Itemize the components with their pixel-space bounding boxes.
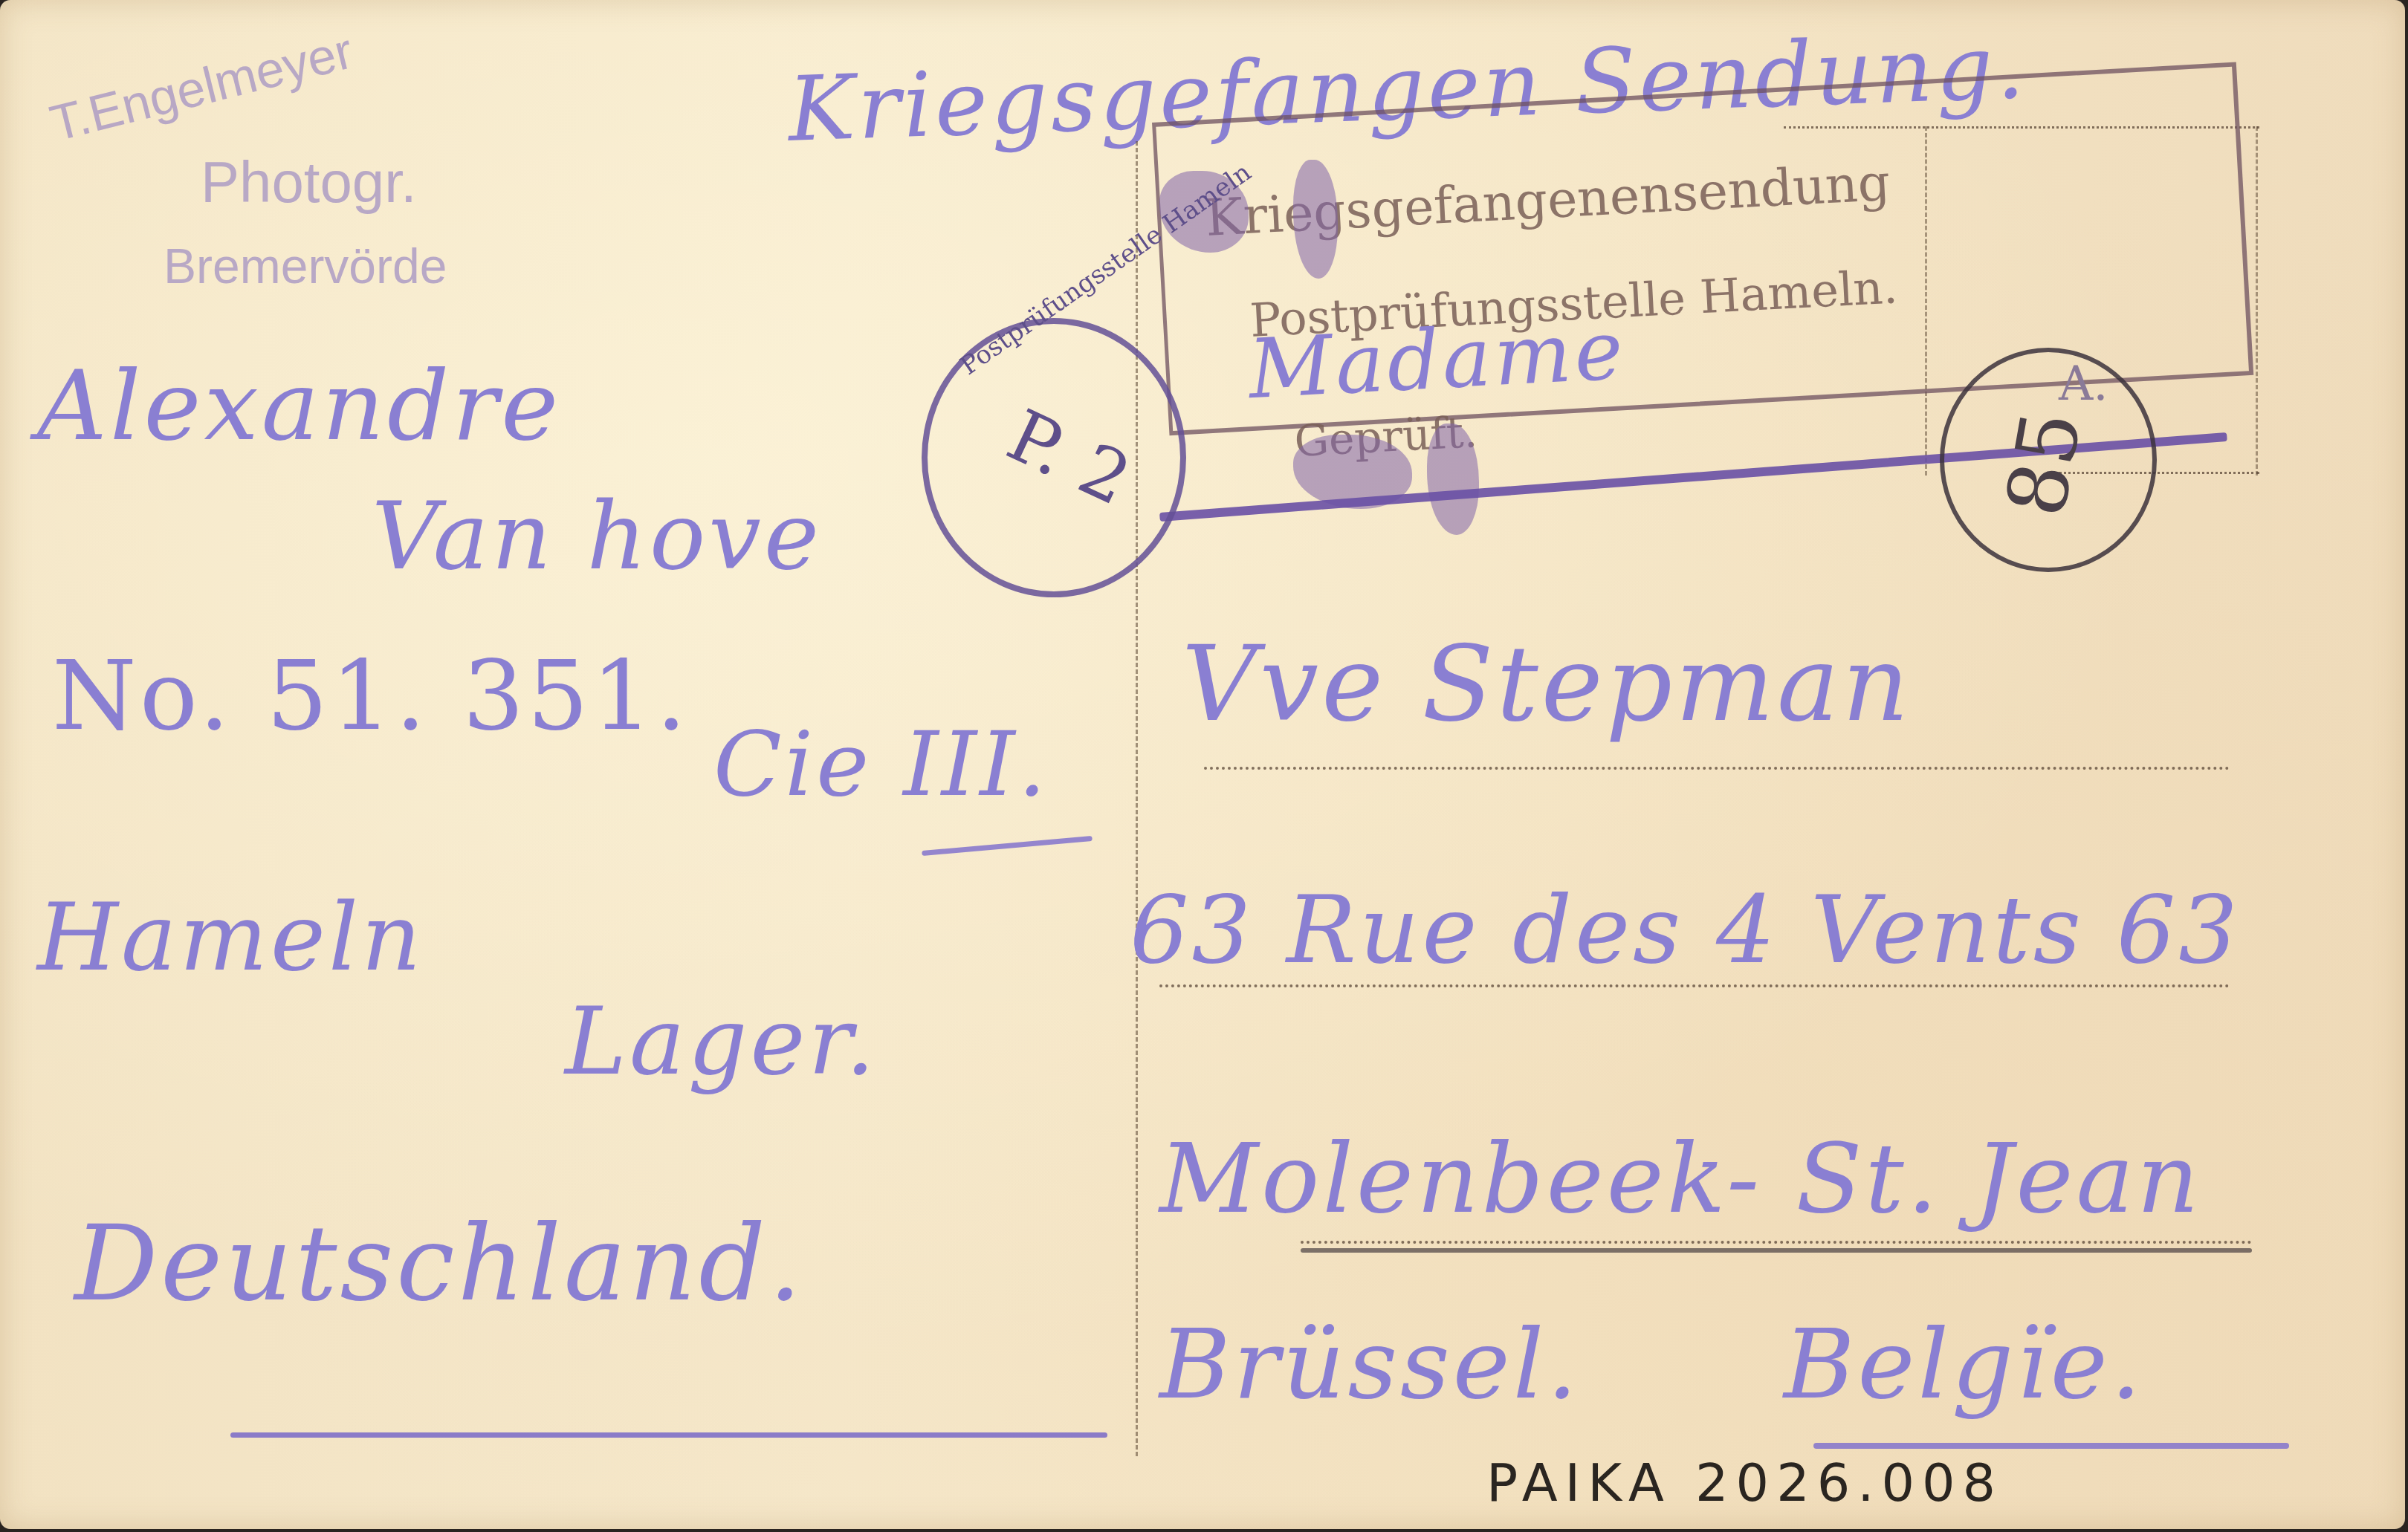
vertical-divider: [1136, 141, 1138, 1456]
company-underline: [922, 836, 1093, 856]
stamp-box-right-edge: [2256, 126, 2258, 475]
postmark-right-top: A.: [2059, 357, 2108, 412]
belgie-underline: [1813, 1443, 2289, 1449]
sender-camp-lager: Lager.: [565, 988, 878, 1096]
address-line-3: [1301, 1241, 2252, 1244]
archive-label: PAIKA 2026.008: [1486, 1453, 2003, 1513]
photographer-stamp-title: Photogr.: [201, 149, 417, 216]
district-underline: [1301, 1248, 2252, 1253]
recipient-street: 63 Rue des 4 Vents 63: [1130, 877, 2241, 984]
address-line-2: [1159, 984, 2230, 987]
country-underline: [230, 1432, 1107, 1438]
recipient-city: Brüssel.: [1159, 1308, 1581, 1421]
photographer-stamp-name: T.Engelmeyer: [45, 22, 358, 152]
sender-last-name: Van hove: [372, 483, 822, 591]
recipient-name: Vve Stepman: [1182, 624, 1912, 745]
sender-pow-number: No. 51. 351.: [52, 639, 690, 752]
postcard: T.Engelmeyer Photogr. Bremervörde Kriegs…: [0, 0, 2405, 1529]
sender-company: Cie III.: [713, 713, 1049, 817]
sender-camp-city: Hameln: [37, 884, 424, 992]
sender-country: Deutschland.: [74, 1204, 804, 1325]
address-line-1: [1204, 767, 2230, 770]
photographer-stamp-town: Bremervörde: [164, 238, 447, 294]
postmark-right-center: 85: [1988, 404, 2100, 523]
recipient-district: Molenbeek- St. Jean: [1159, 1122, 2202, 1235]
sender-first-name: Alexandre: [37, 349, 561, 462]
recipient-country: Belgïe.: [1784, 1308, 2144, 1421]
recipient-salutation: Madame: [1246, 302, 1628, 417]
